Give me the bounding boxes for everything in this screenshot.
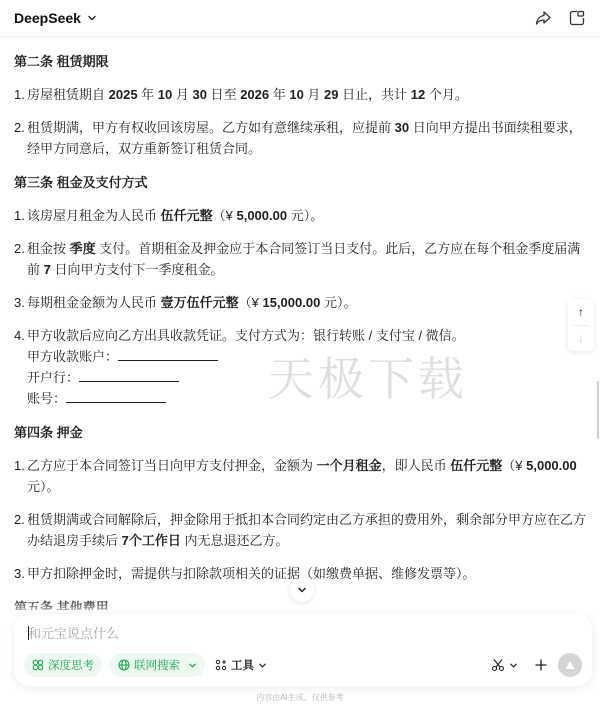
list-text: 租赁期满或合同解除后，押金除用于抵扣本合同约定由乙方承担的费用外，剩余部分甲方应… bbox=[27, 509, 586, 551]
jump-to-bottom-button[interactable] bbox=[290, 578, 314, 602]
section-title: 第四条 押金 bbox=[14, 422, 586, 443]
header-actions bbox=[534, 9, 586, 27]
list-number: 1. bbox=[14, 84, 27, 105]
text-segment: 房屋租赁期自 bbox=[27, 87, 109, 102]
list-item: 2.租金按 季度 支付。首期租金及押金应于本合同签订当日支付。此后，乙方应在每个… bbox=[14, 238, 586, 280]
text-segment: 日止，共计 bbox=[339, 87, 411, 102]
bold-text: 30 bbox=[395, 120, 409, 135]
text-segment: 日至 bbox=[207, 87, 240, 102]
list-text: 租赁期满，甲方有权收回该房屋。乙方如有意继续承租，应提前 30 日向甲方提出书面… bbox=[27, 117, 586, 159]
deep-think-label: 深度思考 bbox=[48, 657, 94, 673]
share-icon[interactable] bbox=[534, 9, 552, 27]
list-number: 4. bbox=[14, 325, 27, 346]
form-field: 账号： bbox=[14, 388, 586, 409]
list-item: 4.甲方收款后应向乙方出具收款凭证。支付方式为：银行转账 / 支付宝 / 微信。 bbox=[14, 325, 586, 346]
list-number: 2. bbox=[14, 117, 27, 159]
form-field: 甲方收款账户： bbox=[14, 346, 586, 367]
bold-text: 15,000.00 bbox=[262, 295, 320, 310]
text-segment: ，即人民币 bbox=[382, 458, 451, 473]
chevron-down-icon bbox=[188, 661, 197, 670]
bold-text: 5,000.00 bbox=[526, 458, 577, 473]
section-title: 第三条 租金及支付方式 bbox=[14, 172, 586, 193]
text-segment: 月 bbox=[172, 87, 192, 102]
list-text: 乙方应于本合同签订当日向甲方支付押金，金额为 一个月租金，即人民币 伍仟元整（¥… bbox=[27, 455, 586, 497]
bold-text: 季度 bbox=[70, 241, 96, 256]
text-segment: 日向甲方支付下一季度租金。 bbox=[51, 262, 224, 277]
text-segment: （¥ bbox=[239, 295, 263, 310]
list-item: 2.租赁期满或合同解除后，押金除用于抵扣本合同约定由乙方承担的费用外，剩余部分甲… bbox=[14, 509, 586, 551]
bold-text: 10 bbox=[289, 87, 303, 102]
list-item: 2.租赁期满，甲方有权收回该房屋。乙方如有意继续承租，应提前 30 日向甲方提出… bbox=[14, 117, 586, 159]
bold-text: 伍仟元整 bbox=[450, 458, 502, 473]
composer-toolbar: 深度思考 联网搜索 工具 bbox=[24, 653, 582, 677]
list-number: 3. bbox=[14, 563, 27, 584]
bold-text: 2026 bbox=[240, 87, 269, 102]
send-button[interactable] bbox=[558, 653, 582, 677]
bold-text: 12 bbox=[411, 87, 425, 102]
list-number: 1. bbox=[14, 455, 27, 497]
header: DeepSeek bbox=[0, 0, 600, 37]
message-content: 第二条 租赁期限1.房屋租赁期自 2025 年 10 月 30 日至 2026 … bbox=[0, 38, 600, 610]
field-label: 开户行： bbox=[27, 370, 79, 385]
list-item: 3.每期租金金额为人民币 壹万伍仟元整（¥ 15,000.00 元）。 bbox=[14, 292, 586, 313]
deep-think-icon bbox=[32, 659, 44, 671]
composer-right-tools bbox=[491, 653, 582, 677]
ai-disclaimer: 内容由AI生成，仅供参考 bbox=[0, 692, 600, 703]
list-text: 该房屋月租金为人民币 伍仟元整（¥ 5,000.00 元）。 bbox=[27, 205, 586, 226]
bold-text: 一个月租金 bbox=[317, 458, 382, 473]
list-text: 每期租金金额为人民币 壹万伍仟元整（¥ 15,000.00 元）。 bbox=[27, 292, 586, 313]
bold-text: 29 bbox=[324, 87, 338, 102]
chevron-down-icon bbox=[297, 585, 307, 595]
text-segment: 每期租金金额为人民币 bbox=[27, 295, 161, 310]
chevron-down-icon bbox=[509, 661, 518, 670]
app-root: DeepSeek 第二条 租赁期限1.房屋租赁期自 2025 年 10 月 30… bbox=[0, 0, 600, 704]
message-input[interactable] bbox=[28, 623, 568, 643]
field-label: 账号： bbox=[27, 391, 66, 406]
composer: 深度思考 联网搜索 工具 bbox=[14, 614, 592, 686]
bold-text: 2025 bbox=[109, 87, 138, 102]
list-number: 2. bbox=[14, 509, 27, 551]
chevron-down-icon bbox=[258, 661, 267, 670]
scrollbar[interactable] bbox=[597, 381, 599, 439]
text-segment: 租赁期满，甲方有权收回该房屋。乙方如有意继续承租，应提前 bbox=[27, 120, 395, 135]
list-item: 1.房屋租赁期自 2025 年 10 月 30 日至 2026 年 10 月 2… bbox=[14, 84, 586, 105]
text-segment: 年 bbox=[269, 87, 289, 102]
tools-label: 工具 bbox=[231, 657, 254, 673]
section-title: 第二条 租赁期限 bbox=[14, 51, 586, 72]
field-label: 甲方收款账户： bbox=[27, 349, 118, 364]
bold-text: 伍仟元整 bbox=[161, 208, 213, 223]
chevron-down-icon bbox=[87, 13, 97, 23]
web-search-toggle[interactable]: 联网搜索 bbox=[110, 653, 205, 677]
bold-text: 10 bbox=[158, 87, 172, 102]
fill-in-blank bbox=[118, 347, 218, 361]
screenshot-tool-button[interactable] bbox=[491, 658, 518, 672]
text-segment: 元）。 bbox=[27, 479, 60, 494]
fill-in-blank bbox=[66, 389, 166, 403]
list-item: 1.乙方应于本合同签订当日向甲方支付押金，金额为 一个月租金，即人民币 伍仟元整… bbox=[14, 455, 586, 497]
bold-text: 5,000.00 bbox=[236, 208, 287, 223]
plus-icon[interactable] bbox=[534, 658, 548, 672]
bold-text: 7 bbox=[44, 262, 51, 277]
text-segment: 内无息退还乙方。 bbox=[181, 533, 289, 548]
scroll-up-button[interactable]: ↑ bbox=[568, 299, 594, 325]
tools-icon bbox=[215, 659, 227, 671]
text-segment: 个月。 bbox=[425, 87, 468, 102]
list-number: 3. bbox=[14, 292, 27, 313]
text-segment: （¥ bbox=[502, 458, 526, 473]
text-segment: 租金按 bbox=[27, 241, 70, 256]
text-segment: 元）。 bbox=[320, 295, 356, 310]
deep-think-toggle[interactable]: 深度思考 bbox=[24, 653, 102, 677]
globe-icon bbox=[118, 659, 130, 671]
model-selector[interactable]: DeepSeek bbox=[14, 10, 97, 26]
web-search-label: 联网搜索 bbox=[134, 657, 180, 673]
list-number: 1. bbox=[14, 205, 27, 226]
list-text: 房屋租赁期自 2025 年 10 月 30 日至 2026 年 10 月 29 … bbox=[27, 84, 586, 105]
text-segment: （¥ bbox=[213, 208, 237, 223]
model-name: DeepSeek bbox=[14, 10, 81, 26]
list-text: 甲方收款后应向乙方出具收款凭证。支付方式为：银行转账 / 支付宝 / 微信。 bbox=[27, 325, 586, 346]
tools-menu-button[interactable]: 工具 bbox=[215, 657, 267, 673]
list-item: 1.该房屋月租金为人民币 伍仟元整（¥ 5,000.00 元）。 bbox=[14, 205, 586, 226]
form-field: 开户行： bbox=[14, 367, 586, 388]
scissors-icon bbox=[491, 658, 505, 672]
text-segment: 甲方收款后应向乙方出具收款凭证。支付方式为：银行转账 / 支付宝 / 微信。 bbox=[27, 328, 465, 343]
text-segment: 乙方应于本合同签订当日向甲方支付押金，金额为 bbox=[27, 458, 317, 473]
fill-in-blank bbox=[79, 368, 179, 382]
list-text: 租金按 季度 支付。首期租金及押金应于本合同签订当日支付。此后，乙方应在每个租金… bbox=[27, 238, 586, 280]
bold-text: 7个工作日 bbox=[122, 533, 181, 548]
text-segment: 甲方扣除押金时，需提供与扣除款项相关的证据（如缴费单据、维修发票等）。 bbox=[27, 566, 476, 581]
list-number: 2. bbox=[14, 238, 27, 280]
scroll-nav: ↑ ↓ bbox=[568, 299, 594, 351]
bold-text: 壹万伍仟元整 bbox=[161, 295, 239, 310]
text-caret bbox=[28, 626, 29, 640]
text-segment: 租赁期满或合同解除后，押金除用于抵扣本合同约定由乙方承担的费用外，剩余部分甲方应… bbox=[27, 512, 586, 548]
text-segment: 该房屋月租金为人民币 bbox=[27, 208, 161, 223]
bold-text: 30 bbox=[192, 87, 206, 102]
send-icon bbox=[564, 659, 576, 671]
new-chat-icon[interactable] bbox=[568, 9, 586, 27]
text-segment: 月 bbox=[304, 87, 324, 102]
text-segment: 元）。 bbox=[287, 208, 323, 223]
scroll-down-button[interactable]: ↓ bbox=[568, 326, 594, 352]
text-segment: 年 bbox=[138, 87, 158, 102]
